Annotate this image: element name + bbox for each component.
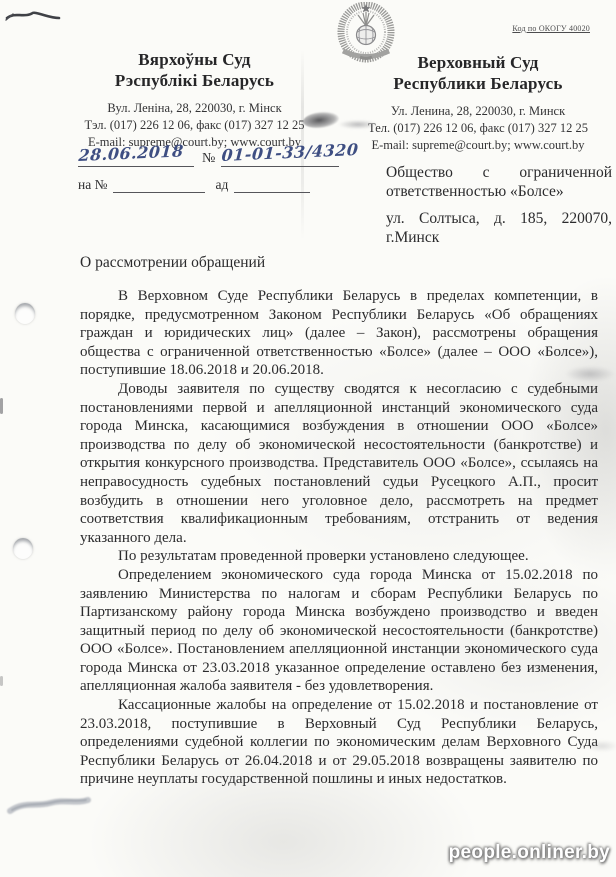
court-ru-phone: Тел. (017) 226 12 06, факс (017) 327 12 … [346, 120, 610, 137]
recipient-block: Общество с ограниченной ответственностью… [386, 164, 612, 247]
recipient-name: Общество с ограниченной ответственностью… [386, 164, 612, 201]
letterhead-belarusian: Вярхоўны Суд Рэспублікі Беларусь Вул. Ле… [62, 50, 327, 151]
body-paragraph: Доводы заявителя по существу сводятся к … [80, 380, 598, 547]
recipient-address: ул. Солтыса, д. 185, 220070, г.Минск [386, 210, 612, 247]
court-by-address: Вул. Леніна, 28, 220030, г. Мінск [62, 100, 327, 117]
letter-body: В Верховном Суде Республики Беларусь в п… [80, 287, 598, 789]
hole-punch [15, 303, 35, 324]
number-sign: № [202, 151, 215, 167]
scanned-letter-page: Код по ОКОГУ 40020 Вярхоўны Суд Рэспублі… [0, 0, 616, 877]
reply-number-blank [113, 178, 205, 193]
body-paragraph: Кассационные жалобы на определение от 15… [80, 696, 598, 789]
letterhead-russian: Верховный Суд Республики Беларусь Ул. Ле… [346, 53, 610, 154]
number-line: 01-01-33/4320 [221, 146, 339, 167]
court-name-ru-line1: Верховный Суд [346, 53, 610, 74]
court-name-by-line2: Рэспублікі Беларусь [62, 71, 327, 92]
scan-edge-mark [0, 676, 3, 686]
watermark: people.onliner.by [449, 842, 610, 864]
date-line: 28.06.2018 [78, 146, 194, 167]
ink-smudge-tail [338, 120, 378, 129]
subject-line: О рассмотрении обращений [80, 254, 265, 272]
reply-from-label: ад [215, 177, 228, 193]
margin-pencil-smear [6, 789, 94, 819]
pen-scribble [4, 4, 64, 30]
court-name-by-line1: Вярхоўны Суд [62, 50, 327, 71]
body-paragraph: Определением экономического суда города … [80, 566, 598, 696]
faint-smudge [585, 740, 616, 752]
court-name-ru-line2: Республики Беларусь [346, 74, 610, 95]
reference-block: 28.06.2018 № 01-01-33/4320 на № ад [78, 146, 339, 193]
scan-edge-mark [0, 398, 3, 414]
court-ru-email: E-mail: supreme@court.by; www.court.by [346, 137, 610, 154]
body-paragraph: По результатам проведенной проверки уста… [80, 547, 598, 566]
hole-punch [13, 538, 33, 559]
date-handwritten: 28.06.2018 [78, 141, 184, 166]
court-by-phone: Тэл. (017) 226 12 06, факс (017) 327 12 … [62, 117, 327, 134]
reply-to-label: на № [78, 177, 107, 193]
okogu-code: Код по ОКОГУ 40020 [512, 24, 590, 33]
faint-smudge [565, 366, 615, 382]
court-ru-address: Ул. Ленина, 28, 220030, г. Минск [346, 103, 610, 120]
reply-date-blank [234, 178, 310, 193]
body-paragraph: В Верховном Суде Республики Беларусь в п… [80, 287, 598, 380]
